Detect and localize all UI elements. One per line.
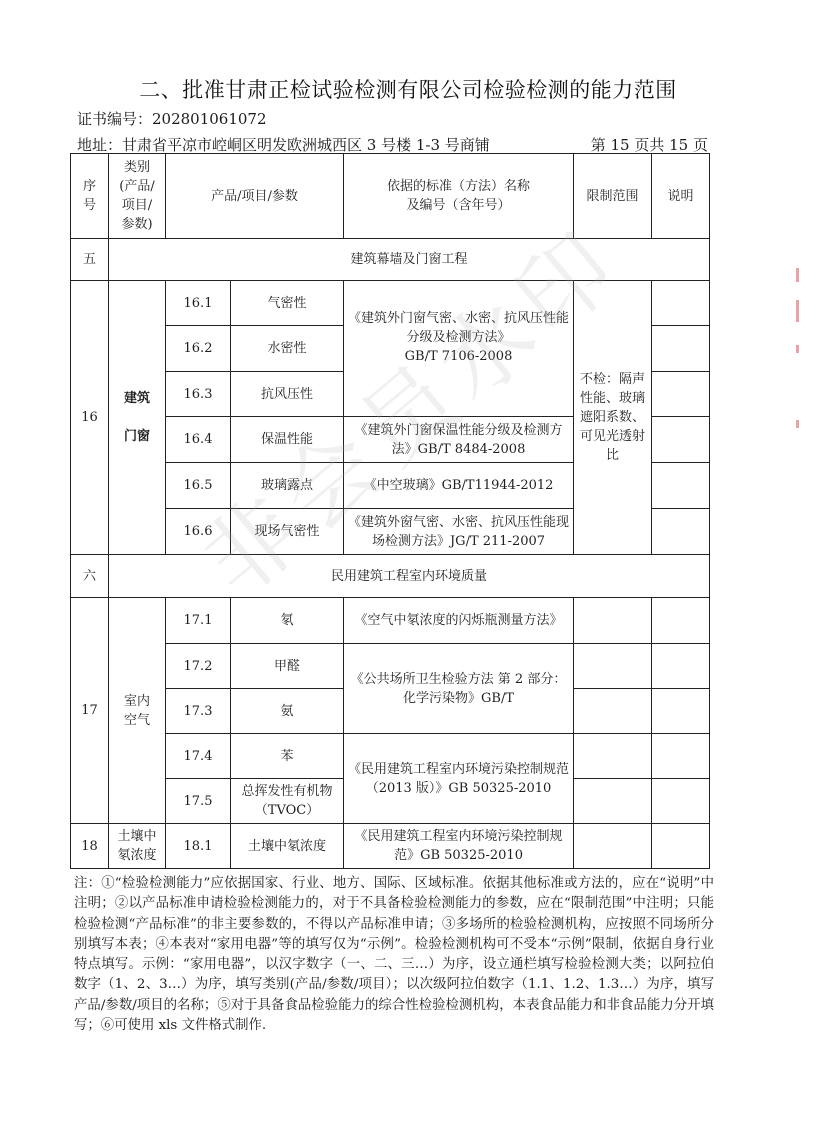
item-code: 16.5	[166, 463, 231, 509]
group-seq: 18	[71, 824, 109, 869]
note-cell	[652, 463, 710, 509]
note-cell	[652, 734, 710, 779]
standard-text: 《民用建筑工程室内环境污染控制规范（2013 版）》GB 50325-2010	[344, 734, 574, 824]
item-code: 16.6	[166, 509, 231, 555]
limit-cell	[574, 689, 652, 734]
footnote: 注：①“检验检测能力”应依据国家、行业、地方、国际、区域标准。依据其他标准或方法…	[74, 874, 714, 1036]
item-name: 气密性	[231, 281, 344, 326]
item-name: 抗风压性	[231, 372, 344, 417]
item-name: 苯	[231, 734, 344, 779]
seal-edge-mark	[796, 420, 799, 428]
note-cell	[652, 779, 710, 824]
address: 地址：甘肃省平凉市崆峒区明发欧洲城西区 3 号楼 1-3 号商铺	[77, 134, 490, 155]
group-category: 土壤中氡浓度	[109, 824, 166, 869]
document-title: 二、批准甘肃正检试验检测有限公司检验检测的能力范围	[0, 74, 816, 104]
capability-table: 序号 类别(产品/项目/参数) 产品/项目/参数 依据的标准（方法）名称及编号（…	[70, 153, 710, 869]
header-category: 类别(产品/项目/参数)	[109, 154, 166, 239]
section-title: 建筑幕墙及门窗工程	[109, 239, 710, 281]
item-code: 17.2	[166, 644, 231, 689]
limit-cell	[574, 598, 652, 644]
group-seq: 16	[71, 281, 109, 555]
note-cell	[652, 509, 710, 555]
item-name: 总挥发性有机物（TVOC）	[231, 779, 344, 824]
group-category: 建筑门窗	[109, 281, 166, 555]
item-name: 氡	[231, 598, 344, 644]
item-name: 土壤中氡浓度	[231, 824, 344, 869]
header-note: 说明	[652, 154, 710, 239]
item-name: 氨	[231, 689, 344, 734]
item-code: 17.3	[166, 689, 231, 734]
item-name: 玻璃露点	[231, 463, 344, 509]
standard-text: 《空气中氡浓度的闪烁瓶测量方法》	[344, 598, 574, 644]
header-seq: 序号	[71, 154, 109, 239]
section-row: 六 民用建筑工程室内环境质量	[71, 555, 710, 598]
standard-text: 《民用建筑工程室内环境污染控制规范》GB 50325-2010	[344, 824, 574, 869]
header-product: 产品/项目/参数	[166, 154, 344, 239]
item-code: 18.1	[166, 824, 231, 869]
header-standard: 依据的标准（方法）名称及编号（含年号）	[344, 154, 574, 239]
group-category: 室内空气	[109, 598, 166, 824]
header-limit: 限制范围	[574, 154, 652, 239]
item-code: 16.3	[166, 372, 231, 417]
item-code: 16.4	[166, 417, 231, 463]
item-code: 17.5	[166, 779, 231, 824]
table-row: 18 土壤中氡浓度 18.1 土壤中氡浓度 《民用建筑工程室内环境污染控制规范》…	[71, 824, 710, 869]
note-cell	[652, 644, 710, 689]
standard-text: 《中空玻璃》GB/T11944-2012	[344, 463, 574, 509]
seal-edge-mark	[796, 345, 799, 353]
table-row: 17.2 甲醛 《公共场所卫生检验方法 第 2 部分：化学污染物》GB/T	[71, 644, 710, 689]
item-name: 水密性	[231, 326, 344, 372]
note-cell	[652, 326, 710, 372]
note-cell	[652, 281, 710, 326]
section-row: 五 建筑幕墙及门窗工程	[71, 239, 710, 281]
limit-cell	[574, 779, 652, 824]
seal-edge-mark	[796, 268, 799, 282]
section-title: 民用建筑工程室内环境质量	[109, 555, 710, 598]
item-code: 17.4	[166, 734, 231, 779]
standard-text: 《建筑外窗气密、水密、抗风压性能现场检测方法》JG/T 211-2007	[344, 509, 574, 555]
item-code: 17.1	[166, 598, 231, 644]
note-cell	[652, 689, 710, 734]
item-name: 保温性能	[231, 417, 344, 463]
item-name: 现场气密性	[231, 509, 344, 555]
note-cell	[652, 417, 710, 463]
standard-text: 《建筑外门窗保温性能分级及检测方法》GB/T 8484-2008	[344, 417, 574, 463]
page-indicator: 第 15 页共 15 页	[591, 134, 708, 155]
section-number: 五	[71, 239, 109, 281]
limit-cell	[574, 824, 652, 869]
note-cell	[652, 598, 710, 644]
note-cell	[652, 372, 710, 417]
table-row: 16 建筑门窗 16.1 气密性 《建筑外门窗气密、水密、抗风压性能分级及检测方…	[71, 281, 710, 326]
standard-text: 《公共场所卫生检验方法 第 2 部分：化学污染物》GB/T	[344, 644, 574, 734]
limit-range: 不检：隔声性能、玻璃遮阳系数、可见光透射比	[574, 281, 652, 555]
table-row: 17 室内空气 17.1 氡 《空气中氡浓度的闪烁瓶测量方法》	[71, 598, 710, 644]
limit-cell	[574, 644, 652, 689]
table-header-row: 序号 类别(产品/项目/参数) 产品/项目/参数 依据的标准（方法）名称及编号（…	[71, 154, 710, 239]
group-seq: 17	[71, 598, 109, 824]
item-code: 16.1	[166, 281, 231, 326]
table-row: 17.4 苯 《民用建筑工程室内环境污染控制规范（2013 版）》GB 5032…	[71, 734, 710, 779]
limit-cell	[574, 734, 652, 779]
certificate-number: 证书编号：202801061072	[77, 108, 267, 129]
item-name: 甲醛	[231, 644, 344, 689]
item-code: 16.2	[166, 326, 231, 372]
note-cell	[652, 824, 710, 869]
seal-edge-mark	[796, 300, 799, 322]
section-number: 六	[71, 555, 109, 598]
standard-text: 《建筑外门窗气密、水密、抗风压性能分级及检测方法》GB/T 7106-2008	[344, 281, 574, 417]
